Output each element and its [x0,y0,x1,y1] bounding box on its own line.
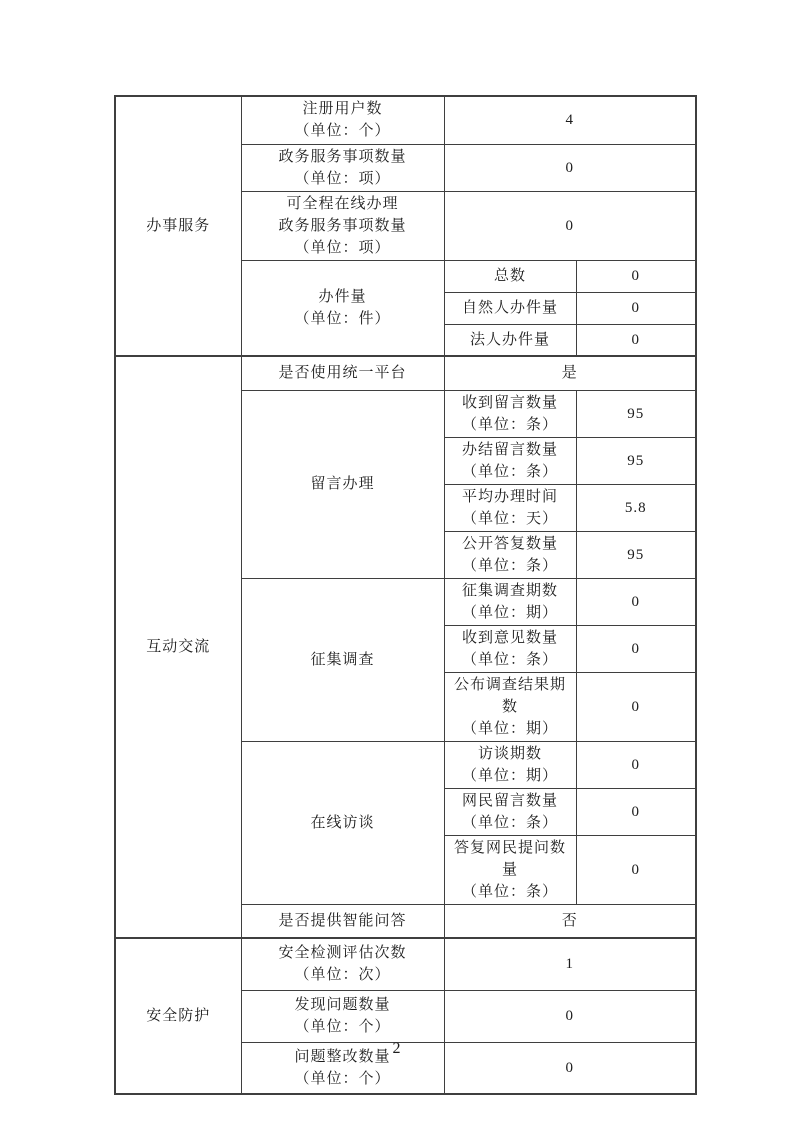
metric-label-line: 平均办理时间 [448,486,573,508]
metric-label-line: 可全程在线办理 [245,193,441,215]
metric-unit: （单位：天） [448,508,573,530]
submetric-label-survey-results-published: 公布调查结果期数 （单位：期） [444,672,576,741]
metric-label-line: 公开答复数量 [448,533,573,555]
submetric-label-netizen-questions-answered: 答复网民提问数量 （单位：条） [444,835,576,904]
submetric-label-survey-issues: 征集调查期数 （单位：期） [444,578,576,625]
submetric-label-avg-handling-time: 平均办理时间 （单位：天） [444,484,576,531]
metric-group-zhengjidiaocha: 征集调查 [241,578,444,741]
submetric-value-opinions-received: 0 [576,625,696,672]
submetric-value-netizen-messages: 0 [576,788,696,835]
metric-unit: （单位：期） [448,718,573,740]
metric-label-line: 安全检测评估次数 [245,942,441,964]
submetric-label-messages-received: 收到留言数量 （单位：条） [444,390,576,437]
submetric-value-total: 0 [576,260,696,292]
metric-label-line: 答复网民提问数量 [448,837,573,881]
report-page: 办事服务 注册用户数 （单位：个） 4 政务服务事项数量 （单位：项） 0 可全… [0,0,793,1122]
metric-label-line: 公布调查结果期数 [448,674,573,718]
metric-label-line: 网民留言数量 [448,790,573,812]
submetric-value-avg-handling-time: 5.8 [576,484,696,531]
submetric-value-public-replies: 95 [576,531,696,578]
metric-label-line: 收到留言数量 [448,392,573,414]
metric-label-online-service-items: 可全程在线办理 政务服务事项数量 （单位：项） [241,191,444,260]
metric-unit: （单位：条） [448,461,573,483]
metric-unit: （单位：条） [448,414,573,436]
metric-unit: （单位：个） [245,120,441,142]
submetric-label-public-replies: 公开答复数量 （单位：条） [444,531,576,578]
submetric-label-messages-resolved: 办结留言数量 （单位：条） [444,437,576,484]
metric-unit: （单位：条） [448,555,573,577]
submetric-value-interview-issues: 0 [576,741,696,788]
submetric-value-survey-results-published: 0 [576,672,696,741]
metric-label-registered-users: 注册用户数 （单位：个） [241,96,444,144]
metric-unit: （单位：件） [245,308,441,330]
submetric-value-messages-received: 95 [576,390,696,437]
metric-value-security-assessments: 1 [444,938,696,990]
submetric-label-opinions-received: 收到意见数量 （单位：条） [444,625,576,672]
metric-unit: （单位：条） [448,649,573,671]
submetric-value-netizen-questions-answered: 0 [576,835,696,904]
submetric-label-total: 总数 [444,260,576,292]
submetric-value-survey-issues: 0 [576,578,696,625]
metric-unit: （单位：个） [245,1068,441,1090]
metric-group-liuyanbanli: 留言办理 [241,390,444,578]
section-label-banshifuwu: 办事服务 [115,96,241,356]
section-label-anquanfanghu: 安全防护 [115,938,241,1094]
metric-label-line: 收到意见数量 [448,627,573,649]
metric-unit: （单位：次） [245,964,441,986]
metric-label-security-assessments: 安全检测评估次数 （单位：次） [241,938,444,990]
metric-unit: （单位：项） [245,168,441,190]
metric-label-line: 政务服务事项数量 [245,215,441,237]
metric-unit: （单位：项） [245,237,441,259]
metric-unit: （单位：个） [245,1016,441,1038]
metric-value-problems-found: 0 [444,990,696,1042]
metric-label-unified-platform: 是否使用统一平台 [241,356,444,390]
metric-group-banjianliang: 办件量 （单位：件） [241,260,444,356]
metric-value-registered-users: 4 [444,96,696,144]
metric-unit: （单位：条） [448,881,573,903]
metric-value-unified-platform: 是 [444,356,696,390]
metric-label-smart-qa: 是否提供智能问答 [241,904,444,938]
metric-label-line: 发现问题数量 [245,994,441,1016]
metric-unit: （单位：期） [448,765,573,787]
metric-value-smart-qa: 否 [444,904,696,938]
submetric-value-messages-resolved: 95 [576,437,696,484]
metric-unit: （单位：期） [448,602,573,624]
metric-group-zaixianfangtan: 在线访谈 [241,741,444,904]
metric-label-line: 政务服务事项数量 [245,146,441,168]
submetric-label-natural-person: 自然人办件量 [444,292,576,324]
submetric-value-legal-person: 0 [576,324,696,356]
metric-value-online-service-items: 0 [444,191,696,260]
metric-label-service-items: 政务服务事项数量 （单位：项） [241,144,444,191]
metric-label-problems-found: 发现问题数量 （单位：个） [241,990,444,1042]
submetric-value-natural-person: 0 [576,292,696,324]
metric-unit: （单位：条） [448,812,573,834]
submetric-label-interview-issues: 访谈期数 （单位：期） [444,741,576,788]
submetric-label-legal-person: 法人办件量 [444,324,576,356]
section-label-hudongjiaoliu: 互动交流 [115,356,241,938]
report-table: 办事服务 注册用户数 （单位：个） 4 政务服务事项数量 （单位：项） 0 可全… [114,95,697,1095]
metric-label-line: 访谈期数 [448,743,573,765]
submetric-label-netizen-messages: 网民留言数量 （单位：条） [444,788,576,835]
metric-label-line: 征集调查期数 [448,580,573,602]
metric-value-service-items: 0 [444,144,696,191]
metric-label-line: 办结留言数量 [448,439,573,461]
metric-label-line: 注册用户数 [245,98,441,120]
page-number: 2 [0,1039,793,1059]
metric-label-line: 办件量 [245,286,441,308]
